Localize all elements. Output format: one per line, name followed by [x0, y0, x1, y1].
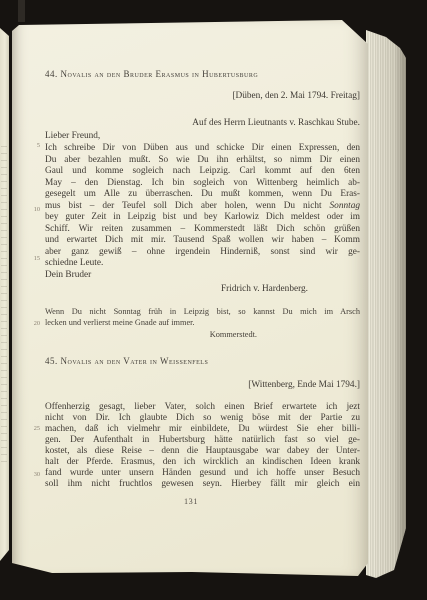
text-line: schiedne Leute.: [45, 258, 360, 270]
text-line: halt der Pferde. Erasmus, den ich wirckl…: [45, 457, 360, 468]
margin-line-number: 15: [20, 255, 40, 262]
letter-45-dateline: [Wittenberg, Ende Mai 1794.]: [45, 380, 360, 390]
text-line: Schiff. Wir reiten zusammen – Kommersted…: [45, 224, 360, 236]
letter-44-signature: Fridrich v. Hardenberg.: [45, 284, 360, 294]
text-line: Ich schreibe Dir von Düben aus und schic…: [45, 143, 360, 155]
book-page: 51015202530 44. Novalis an den Bruder Er…: [12, 20, 368, 576]
margin-line-number: 25: [20, 425, 40, 432]
page-stack-edge: [366, 30, 406, 581]
letter-44-dateline: [Düben, den 2. Mai 1794. Freitag]: [45, 91, 360, 101]
text-line: kostet, als diese Reise – denn die Haupt…: [45, 446, 360, 457]
letter-44-body: Ich schreibe Dir von Düben aus und schic…: [45, 143, 360, 281]
text-line: Offenherzig gesagt, lieber Vater, solch …: [45, 402, 360, 413]
letter-44-postscript-signature: Kommerstedt.: [45, 330, 360, 339]
page-number: 131: [45, 497, 337, 506]
letter-44-heading: 44. Novalis an den Bruder Erasmus in Hub…: [45, 69, 360, 79]
text-line: gesegelt um Alle zu überraschen. Du mußt…: [45, 189, 360, 201]
letter-45-heading: 45. Novalis an den Vater in Weissenfels: [45, 356, 360, 366]
book-photo: 51015202530 44. Novalis an den Bruder Er…: [0, 0, 427, 600]
margin-line-number: 10: [20, 206, 40, 213]
letter-45-body: Offenherzig gesagt, lieber Vater, solch …: [45, 402, 360, 490]
text-line: nicht von Dir. Ich glaubte Dich so wenig…: [45, 413, 360, 424]
text-line: machen, daß ich vielmehr mir einbildete,…: [45, 424, 360, 435]
text-line: Wenn Du nicht Sonntag früh in Leipzig bi…: [45, 307, 360, 318]
letter-44-address-line: Auf des Herrn Lieutnants v. Raschkau Stu…: [45, 118, 360, 128]
text-line: May – den Dienstag. Ich bin sogleich von…: [45, 178, 360, 190]
text-line: Du aber bezahlen mußt. So wie Du ihn erh…: [45, 155, 360, 167]
text-line: bey guter Zeit in Leipzig bist und bey K…: [45, 212, 360, 224]
text-line: soll ihm nicht fruchtlos gewesen seyn. H…: [45, 479, 360, 490]
letter-44-salutation: Lieber Freund,: [45, 131, 100, 141]
margin-line-number: 30: [20, 471, 40, 478]
text-line: gen. Der Aufenthalt in Hubertsburg hätte…: [45, 435, 360, 446]
letter-44-postscript: Wenn Du nicht Sonntag früh in Leipzig bi…: [45, 307, 360, 328]
text-line: mus bist – der Teufel soll Dich aber hol…: [45, 201, 360, 213]
margin-line-number: 5: [20, 142, 40, 149]
facing-page-edge: [0, 26, 9, 561]
text-line: und erwartet Dich mit mir. Tausend Spaß …: [45, 235, 360, 247]
text-line: lecken und verlierst meine Gnade auf imm…: [45, 318, 360, 329]
text-line: Dein Bruder: [45, 270, 360, 282]
spine-shadow: [18, 0, 25, 22]
margin-line-number: 20: [20, 320, 40, 327]
text-line: fand wurde unter unsern Händen gesund un…: [45, 468, 360, 479]
text-line: aber ganz gewiß – ohne irgendein Hindern…: [45, 247, 360, 259]
text-line: Gaul und komme sogleich nach Leipzig. Ca…: [45, 166, 360, 178]
